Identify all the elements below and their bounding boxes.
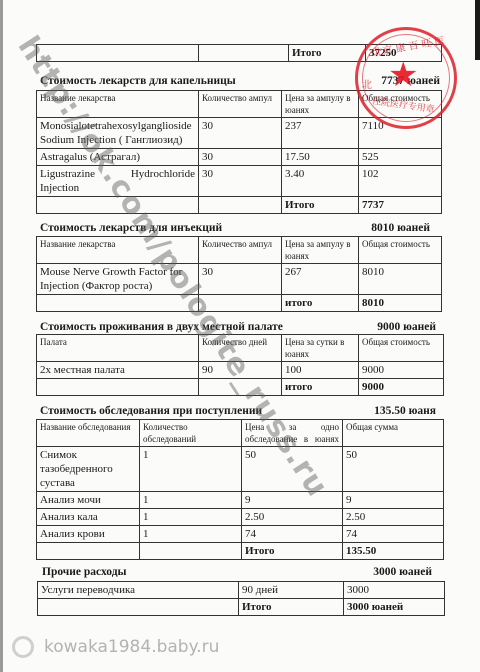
table-row: 2х местная палата 90 100 9000 [37,362,444,379]
total-value: 37250 [366,45,442,62]
total-row: итого 8010 [37,295,442,312]
table-row: Monosialotetrahexosylganglioside Sodium … [37,118,442,149]
document-page: Итого 37250 Стоимость лекарств для капел… [0,0,480,672]
total-label: Итого [289,45,366,62]
site-footer: kowaka1984.baby.ru [12,636,219,658]
top-total-table: Итого 37250 [36,44,442,62]
section-total-exam: 135.50 юаня [350,405,436,417]
baby-ru-logo-icon [12,636,34,658]
other-table: Услуги переводчика 90 дней 3000 Итого 30… [37,581,445,616]
scan-edge [0,0,3,672]
section-title-other: Прочие расходы [42,566,127,578]
injection-table: Название лекарства Количество ампул Цена… [36,236,442,312]
table-row: Ligustrazine Hydrochloride Injection 30 … [37,166,442,197]
scan-edge [475,0,480,60]
total-row: Итого 3000 юаней [38,599,445,616]
section-total-ward: 9000 юаней [350,321,436,333]
table-row: Анализ кала 1 2.50 2.50 [37,509,444,526]
exam-table: Название обследования Количество обследо… [36,419,444,560]
total-row: Итого 7737 [37,197,442,214]
table-row: Анализ мочи 1 9 9 [37,492,444,509]
section-total-drip: 7737 юаней [360,75,440,87]
section-title-drip: Стоимость лекарств для капельницы [40,75,236,87]
table-row: Услуги переводчика 90 дней 3000 [38,582,445,599]
table-row: Снимок тазобедренного сустава 1 50 50 [37,447,444,492]
section-total-injection: 8010 юаней [340,222,430,234]
drip-table: Название лекарства Количество ампул Цена… [36,90,442,214]
section-total-other: 3000 юаней [350,566,432,578]
table-row: Astragalus (Астрагал) 30 17.50 525 [37,149,442,166]
total-row: итого 9000 [37,379,444,396]
section-title-exam: Стоимость обследования при поступлении [40,405,262,417]
table-row: Mouse Nerve Growth Factor for Injection … [37,264,442,295]
footer-site-link[interactable]: kowaka1984.baby.ru [44,637,219,657]
ward-table: Палата Количество дней Цена за сутки в ю… [36,334,444,396]
section-title-injection: Стоимость лекарств для инъекций [40,222,222,234]
total-row: Итого 135.50 [37,543,444,560]
table-row: Анализ крови 1 74 74 [37,526,444,543]
section-title-ward: Стоимость проживания в двух местной пала… [40,321,283,333]
